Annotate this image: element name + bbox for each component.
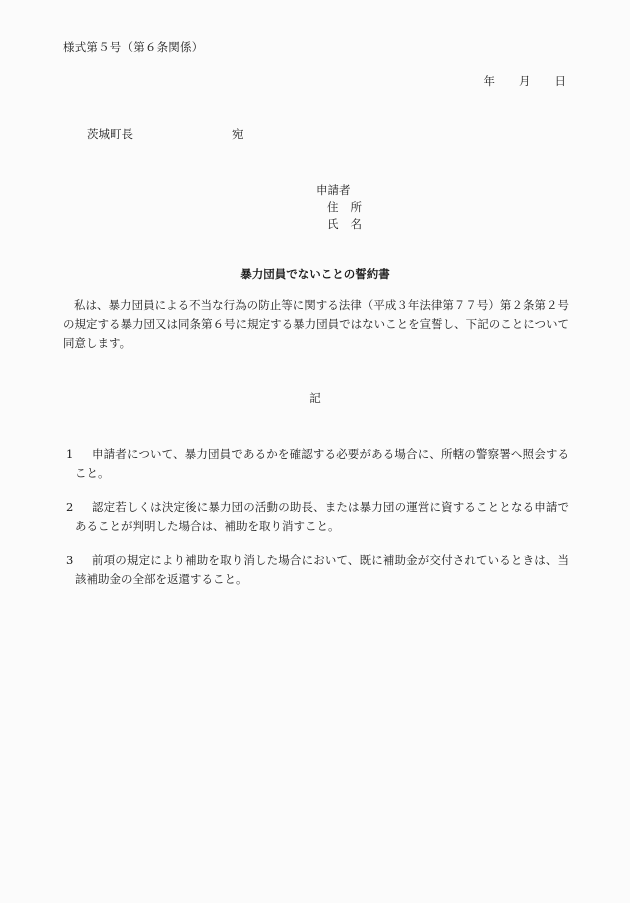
recipient-name: 茨城町長 [87,129,133,141]
declaration-body: 私は、暴力団員による不当な行為の防止等に関する法律（平成３年法律第７７号）第２条… [63,296,569,353]
clause-item: 3 前項の規定により補助を取り消した場合において、既に補助金が交付されているとき… [63,551,569,589]
address-field-label: 住所 [316,199,362,216]
name-field-label: 氏名 [316,216,362,233]
clause-number: 3 [66,551,73,570]
clause-text: 申請者について、暴力団員であるかを確認する必要がある場合に、所轄の警察署へ照会す… [63,445,569,483]
clause-item: 2 認定若しくは決定後に暴力団の活動の助長、または暴力団の運営に資することとなる… [63,498,569,536]
clause-number: 2 [66,498,73,517]
form-number: 様式第５号（第６条関係） [63,42,203,54]
clause-text: 認定若しくは決定後に暴力団の活動の助長、または暴力団の運営に資することとなる申請… [63,498,569,536]
clause-number: 1 [66,445,73,464]
clause-text: 前項の規定により補助を取り消した場合において、既に補助金が交付されているときは、… [63,551,569,589]
recipient-suffix: 宛 [232,129,244,141]
declaration-text: 私は、暴力団員による不当な行為の防止等に関する法律（平成３年法律第７７号）第２条… [63,298,569,350]
month-blank [495,76,519,88]
day-blank [531,76,555,88]
month-label: 月 [519,76,531,88]
year-label: 年 [484,76,496,88]
document-title: 暴力団員でないことの誓約書 [0,269,630,281]
clause-item: 1 申請者について、暴力団員であるかを確認する必要がある場合に、所轄の警察署へ照… [63,445,569,483]
applicant-block: 申請者 住所 氏名 [316,182,362,233]
date-line: 年 月 日 [484,76,567,88]
day-label: 日 [555,76,567,88]
ki-heading: 記 [0,393,630,405]
applicant-label: 申請者 [316,182,362,199]
